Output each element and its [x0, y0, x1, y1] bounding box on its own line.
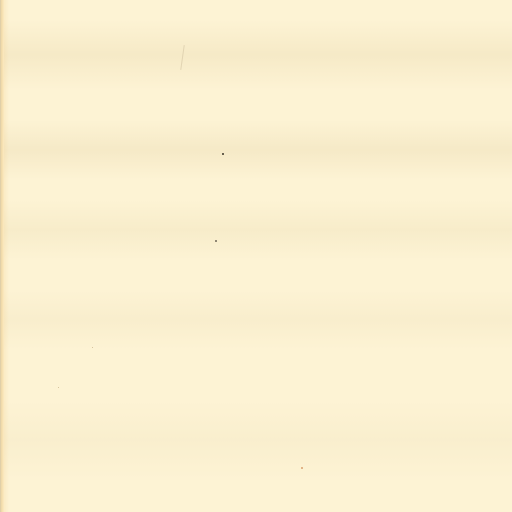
- page-text-area: [0, 0, 512, 512]
- paper-page: [0, 0, 512, 512]
